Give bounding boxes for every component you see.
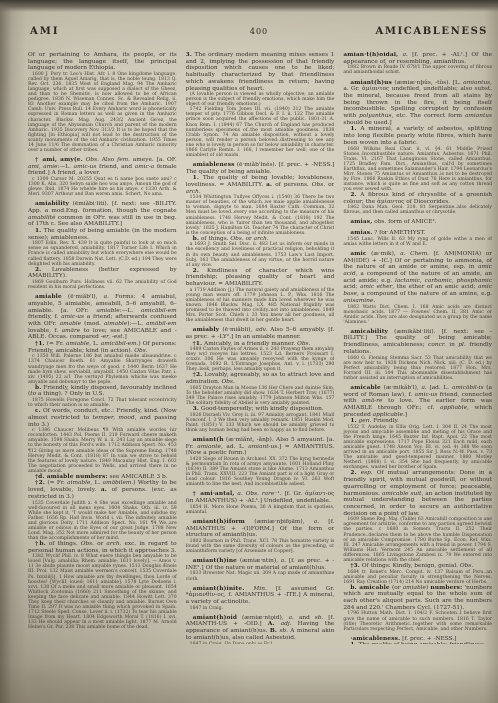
quotation-block: 1382 Wyclif Phil. iv. 8 What euere thing… (28, 554, 177, 630)
entry-paragraph: b. amicable (or amiable) numbers: 'numbe… (343, 585, 492, 612)
quotation-block: 1742 Fielding Tom Jones III. vii. (1840)… (186, 107, 335, 157)
column-middle: 3. The ordinary modern meaning mixes sen… (186, 52, 335, 644)
quotation-block: 1847 in Craig. [In Dana only as Fr.] (186, 642, 335, 644)
quotation-block: 1802 Bournon in Phil. Trans. XCI. 78 Thi… (186, 539, 335, 554)
entry-paragraph: amicable (æ·mikăb'l), a. [ad. L. amicābi… (343, 385, 492, 419)
quotation-block: 1534 Whittington Tullyes Offyces i. (154… (186, 195, 335, 235)
scan-top-edge (0, 0, 498, 12)
column-left: Of or pertaining to Amhara, its people, … (28, 52, 177, 644)
quotation-block: (A lovable person is viewed as wholly ob… (186, 92, 335, 107)
quotation-block: 1489 Caxton Faytes of Armes ii. v. 243 P… (186, 347, 335, 372)
entry-paragraph: †3. Of things: Kindly, benign, genial. O… (343, 563, 492, 570)
entry-paragraph: 1. The quality of being lovable; lovable… (186, 175, 335, 195)
quotation-block: 1605 Drayton Man in Moone 136 Her Chere … (186, 386, 335, 406)
entry-paragraph: 3. Good-temperedly; with kindly disposit… (186, 406, 335, 413)
quotation-block: 1420 Siege of Rouen in Archæol. XX. 372 … (186, 457, 335, 487)
running-header: AMI 400 AMICABLENESS (28, 26, 490, 42)
scanned-page-background: AMI 400 AMICABLENESS Of or pertaining to… (0, 0, 498, 703)
quotation-block: 1668 Wilkins Real Char. ii. vi. §4. 61 M… (343, 147, 492, 192)
entry-paragraph: amias. ? for AMETHYST. (343, 230, 492, 237)
entry-paragraph: amiability (ēmiăbi·liti). [f. next: see … (28, 201, 177, 228)
entry-paragraph: † ami·antal, a. Obs. rare⁻¹. [f. Gr. ἀμί… (186, 491, 335, 504)
entry-paragraph: 3. The ordinary modern meaning mixes sen… (186, 52, 335, 92)
entry-paragraph: †1. (= Fr. amiable, L. amicābil-em.) Of … (28, 341, 177, 354)
entry-paragraph: b. Friendly, kindly disposed, favourably… (28, 385, 177, 398)
quotation-block: c 1386 Chaucer Melibeus ¶9 With amiable … (28, 428, 177, 473)
entry-paragraph: †2. (= Fr. aimable, L. amābilem.) Worthy… (28, 480, 177, 500)
entry-paragraph: 2. Lovableness (better expressed by AMAB… (28, 267, 177, 280)
quotation-block: 1796 Hutton Math. Dict. I. 104/2 F. Scho… (343, 611, 492, 631)
quotation-block: 1807 Edin. Rev. X. 439 It is quite painf… (28, 241, 177, 266)
entry-paragraph: amiant(h)oid (æmiæ·ntǫid), a. and sb. [f… (186, 615, 335, 642)
quotation-block: 1609 Skene Reg. Maj. (Table) 63 Amicabil… (343, 517, 492, 562)
entry-paragraph: 1. The quality of being amicable; friend… (343, 642, 492, 644)
entry-paragraph: amiant(h (æ·miănt, -ănþ). Also 5 amyaunt… (186, 437, 335, 457)
entry-paragraph: 2. esp. Of mutual arrangements: Done in … (343, 470, 492, 517)
entry-paragraph: amic (æ·mik), a. Chem. [f. AM(MONIA) or … (343, 251, 492, 305)
quotation-block: 1660 G. Fleming Stemma Sacr. 53 That ami… (343, 356, 492, 381)
quotation-block: 1684 tr. Bonet's Merc. Compit. iv. 137 B… (343, 570, 492, 585)
quotation-block: 1847 in Craig. (186, 606, 335, 611)
entry-paragraph: † ami, amy(e. Obs. Also fem. ameye. [a. … (28, 157, 177, 177)
entry-paragraph: 1. The quality of being amiable (in the … (28, 228, 177, 241)
quotation-block: 1875 Howells Foregone Concl. 72 That tol… (28, 398, 177, 408)
entry-paragraph: 2. A fibrous kind of chrysolite of a gre… (343, 192, 492, 205)
entry-paragraph: 2. Kindliness of character which wins fr… (186, 268, 335, 288)
quotation-block: 1882 Brown in Reade IV. 678/1 The upper … (343, 65, 492, 75)
entry-paragraph: amiably (ē·miăbli), adv. Also 5–6 amyabl… (186, 327, 335, 340)
quotation-block: 1545 Lanc. Wills II. 63 My ryng of golde… (343, 237, 492, 247)
entry-paragraph: amiant(h)us (æmiæ·nþǔs, -tǔs). [L. amian… (343, 80, 492, 127)
entry-paragraph: amiableness (ē·miăb'lnĕs). [f. prec. + -… (186, 162, 335, 175)
column-right: amian·t(h)oidal, a. [f. prec. + -AL¹.] O… (343, 52, 492, 644)
quotation-block: a 1719 Addison (J.) The natural gaiety a… (186, 288, 335, 323)
entry-paragraph: 1. A mineral, a variety of asbestos, spl… (343, 126, 492, 146)
quotation-block: 1600 J. Pory tr. Leo's Hist. Afr. i. 8 O… (28, 72, 177, 153)
entry-paragraph: †b. of things. Obs. or arch. exc. in reg… (28, 541, 177, 554)
quotation-block: a 1693 J. Smith Sel. Disc. ii. 483 Let u… (186, 242, 335, 267)
entry-paragraph: †2. Lovably, agreeably, so as to attract… (186, 372, 335, 385)
quotation-block: 1863 Watts Dict. Chem. I. 168 Amic acids… (343, 305, 492, 325)
quotation-block: c 1350 Will. Palerne 186 Þat amiabul mai… (28, 354, 177, 384)
entry-paragraph: amiant(h)inite. Min. [f. assumed Gr. *ἀμ… (186, 586, 335, 606)
quotation-block: 1826 Disraeli Viv. Grey ii. iii. 97 Amia… (186, 413, 335, 433)
entry-paragraph: amicability (æmikăbi·liti). [f. next: se… (343, 329, 492, 356)
entry-paragraph: amiant(h)iform (æmiæ·nþifǫām), a. [f. AM… (186, 519, 335, 539)
entry-paragraph: Of or pertaining to Amhara, its people, … (28, 52, 177, 72)
quotation-block: 1535 Coverdale Judith x. 4 She was exced… (28, 501, 177, 541)
entry-paragraph: amiant(h)ine (æmiæ·ntin), a. [f. as prec… (186, 558, 335, 571)
entry-paragraph: ·amicableness. [f. prec. + -NESS.] (343, 636, 492, 643)
entry-paragraph: amias, obs. form of AMICE². (343, 219, 492, 226)
header-right-word: AMICABLENESS (375, 26, 488, 37)
quotation-block: c 1300 Cursor M. 20255 Quat es ti name þ… (28, 177, 177, 197)
entry-paragraph: c. Of words, conduct, etc.: Friendly, ki… (28, 408, 177, 428)
text-columns: Of or pertaining to Amhara, its people, … (28, 52, 492, 644)
quotation-block: 1862 Dana Man. Geol. 318. 81 Serpentine.… (343, 205, 492, 215)
entry-paragraph: amian·t(h)oidal, a. [f. prec. + -AL¹.] O… (343, 52, 492, 65)
quotation-block: 1532 T. Audelay in Ellis Orig. Lett. I. … (343, 425, 492, 470)
quotation-block: 1654 H. More Hone Poems, 36 A kingdom th… (186, 505, 335, 515)
quotation-block: 1833 Brewster Nat. Magic xii. 309 A cap … (186, 571, 335, 581)
quotation-block: 1869 Goulburn Purs. Holiness vii. 62 The… (28, 280, 177, 290)
entry-paragraph: amiable (ē·miăb'l), a. Forms: 4 amiabul,… (28, 294, 177, 341)
